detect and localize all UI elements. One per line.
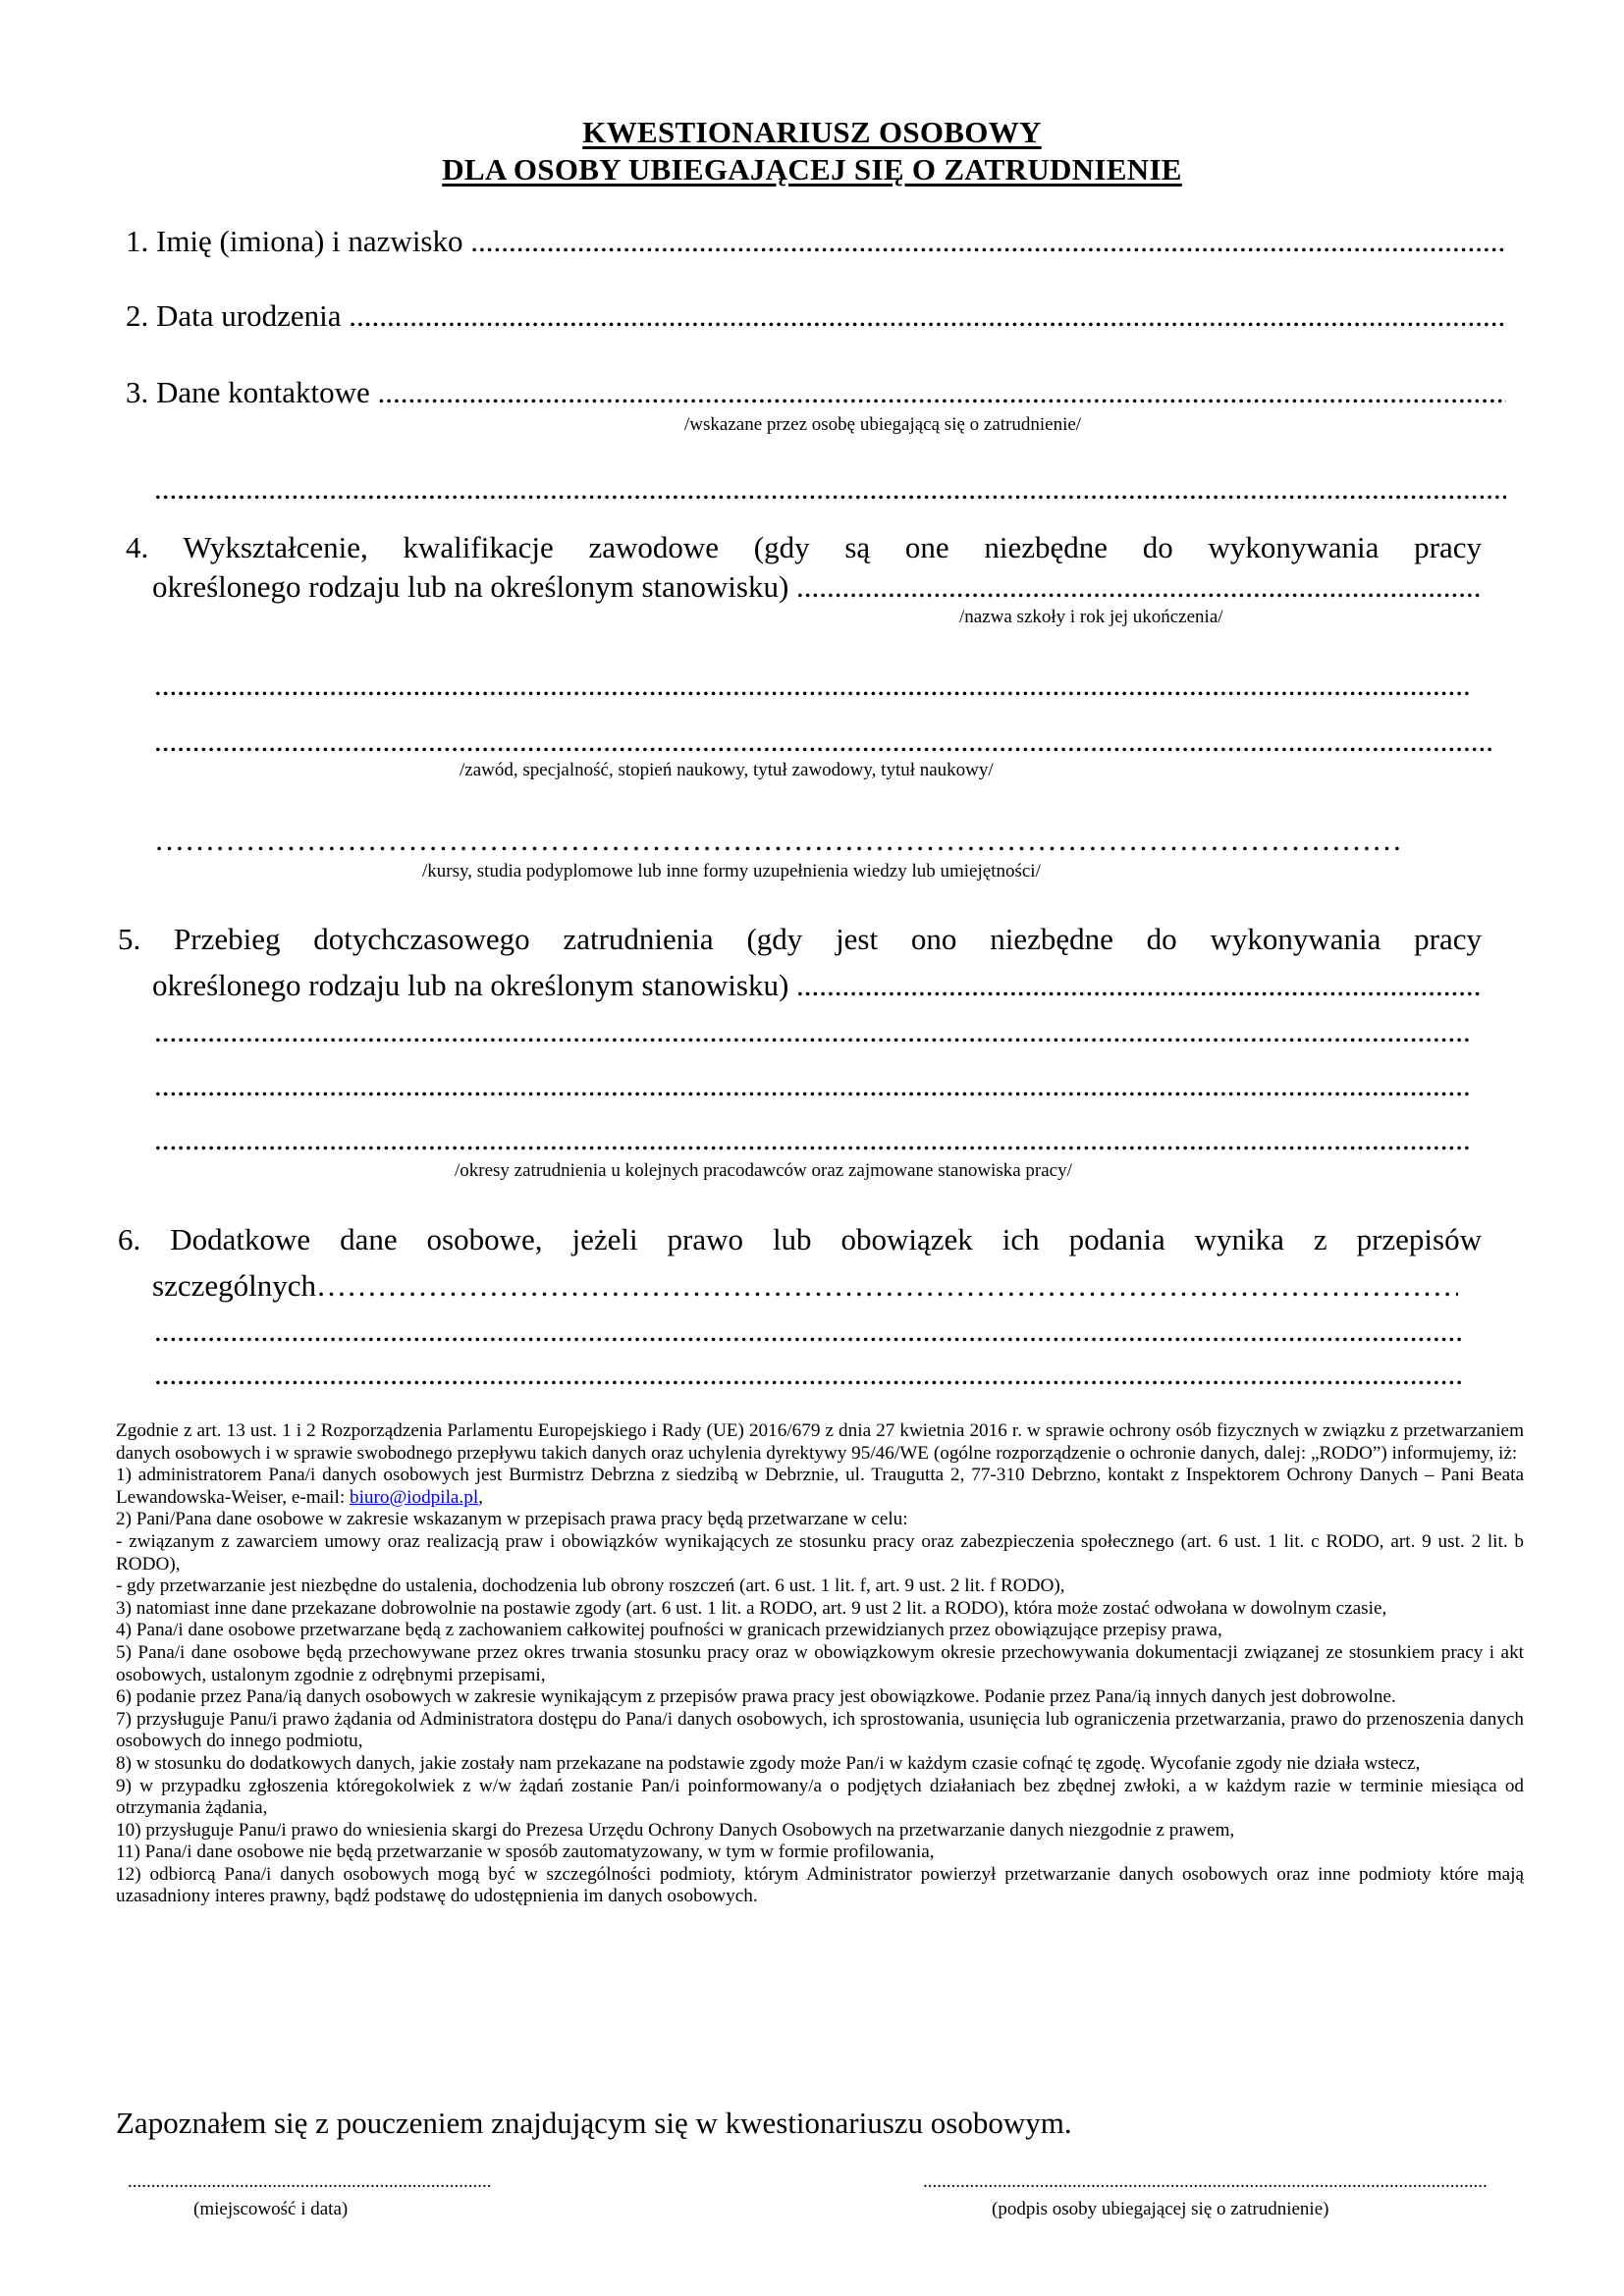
rodo-item-8: 8) w stosunku do dodatkowych danych, jak… xyxy=(116,1753,1524,1776)
field-additional-input-1[interactable]: …………………………………………………………………………………………………………… xyxy=(316,1268,1458,1304)
field-additional-input-2[interactable]: ........................................… xyxy=(154,1313,1464,1349)
field-additional-question: 6. Dodatkowe dane osobowe, jeżeli prawo … xyxy=(118,1222,1482,1257)
field-education-input-3[interactable]: ........................................… xyxy=(154,723,1493,759)
field-education-input-4[interactable]: …………………………………………………………………………………………………………… xyxy=(154,823,1489,858)
signature-input[interactable]: ........................................… xyxy=(923,2171,1488,2193)
field-employment-input-2[interactable]: ........................................… xyxy=(154,1014,1470,1049)
field-contact-hint: /wskazane przez osobę ubiegającą się o z… xyxy=(684,414,1081,436)
field-education-input-1[interactable]: ........................................… xyxy=(796,569,1482,605)
rodo-item-12: 12) odbiorcą Pana/i danych osobowych mog… xyxy=(116,1864,1524,1908)
field-contact-input-2[interactable]: ........................................… xyxy=(154,471,1506,507)
field-employment-input-3[interactable]: ........................................… xyxy=(154,1068,1470,1103)
rodo-item-4: 4) Pana/i dane osobowe przetwarzane będą… xyxy=(116,1620,1524,1642)
rodo-intro: Zgodnie z art. 13 ust. 1 i 2 Rozporządze… xyxy=(116,1420,1524,1465)
field-birthdate-label: 2. Data urodzenia xyxy=(126,298,349,334)
field-education-row: określonego rodzaju lub na określonym st… xyxy=(152,569,1482,605)
field-employment-input-4[interactable]: ........................................… xyxy=(154,1122,1470,1157)
field-employment-question: 5. Przebieg dotychczasowego zatrudnienia… xyxy=(118,922,1482,957)
rodo-item-7: 7) przysługuje Panu/i prawo żądania od A… xyxy=(116,1709,1524,1753)
place-date-input[interactable]: ........................................… xyxy=(128,2171,491,2193)
field-education-hint-profession: /zawód, specjalność, stopień naukowy, ty… xyxy=(460,760,994,781)
acknowledgement-statement: Zapoznałem się z pouczeniem znajdującym … xyxy=(116,2106,1072,2141)
field-education-hint-courses: /kursy, studia podyplomowe lub inne form… xyxy=(422,861,1041,882)
place-date-label: (miejscowość i data) xyxy=(193,2199,348,2220)
form-title: KWESTIONARIUSZ OSOBOWY xyxy=(0,115,1624,150)
rodo-item-11: 11) Pana/i dane osobowe nie będą przetwa… xyxy=(116,1842,1524,1864)
field-contact-label: 3. Dane kontaktowe xyxy=(126,375,378,410)
field-education-question: 4. Wykształcenie, kwalifikacje zawodowe … xyxy=(126,530,1482,565)
field-name-label: 1. Imię (imiona) i nazwisko xyxy=(126,224,470,259)
field-name-row: 1. Imię (imiona) i nazwisko ............… xyxy=(126,224,1506,259)
field-education-hint-school: /nazwa szkoły i rok jej ukończenia/ xyxy=(959,607,1223,628)
field-contact-input[interactable]: ........................................… xyxy=(378,375,1506,410)
field-education-label: określonego rodzaju lub na określonym st… xyxy=(152,569,796,605)
field-birthdate-input[interactable]: ........................................… xyxy=(349,298,1506,334)
field-education-input-2[interactable]: ........................................… xyxy=(154,667,1470,703)
signature-label: (podpis osoby ubiegającej się o zatrudni… xyxy=(992,2199,1328,2220)
field-employment-hint: /okresy zatrudnienia u kolejnych pracoda… xyxy=(455,1160,1072,1182)
rodo-clause: Zgodnie z art. 13 ust. 1 i 2 Rozporządze… xyxy=(116,1420,1524,1908)
rodo-item-2b: - gdy przetwarzanie jest niezbędne do us… xyxy=(116,1575,1524,1598)
rodo-item-5: 5) Pana/i dane osobowe będą przechowywan… xyxy=(116,1642,1524,1686)
field-name-input[interactable]: ........................................… xyxy=(470,224,1506,259)
field-birthdate-row: 2. Data urodzenia ......................… xyxy=(126,298,1506,334)
form-subtitle: DLA OSOBY UBIEGAJĄCEJ SIĘ O ZATRUDNIENIE xyxy=(0,152,1624,187)
rodo-item-3: 3) natomiast inne dane przekazane dobrow… xyxy=(116,1598,1524,1621)
rodo-item-2: 2) Pani/Pana dane osobowe w zakresie wsk… xyxy=(116,1509,1524,1531)
field-employment-label: określonego rodzaju lub na określonym st… xyxy=(152,968,796,1003)
field-contact-row: 3. Dane kontaktowe .....................… xyxy=(126,375,1506,410)
field-additional-label: szczególnych xyxy=(152,1268,316,1304)
rodo-item-9: 9) w przypadku zgłoszenia któregokolwiek… xyxy=(116,1776,1524,1820)
rodo-item-1-text: 1) administratorem Pana/i danych osobowy… xyxy=(116,1465,1524,1508)
rodo-item-10: 10) przysługuje Panu/i prawo do wniesien… xyxy=(116,1820,1524,1842)
rodo-item-1: 1) administratorem Pana/i danych osobowy… xyxy=(116,1465,1524,1509)
field-additional-row: szczególnych ………………………………………………………………………… xyxy=(152,1268,1458,1304)
iod-email-link[interactable]: biuro@iodpila.pl xyxy=(350,1487,478,1508)
field-employment-input-1[interactable]: ........................................… xyxy=(796,968,1482,1003)
rodo-item-2a: - związanym z zawarciem umowy oraz reali… xyxy=(116,1531,1524,1575)
rodo-item-1-end: , xyxy=(478,1487,483,1508)
rodo-item-6: 6) podanie przez Pana/ią danych osobowyc… xyxy=(116,1686,1524,1709)
field-additional-input-3[interactable]: ........................................… xyxy=(154,1357,1464,1392)
field-employment-row: określonego rodzaju lub na określonym st… xyxy=(152,968,1482,1003)
